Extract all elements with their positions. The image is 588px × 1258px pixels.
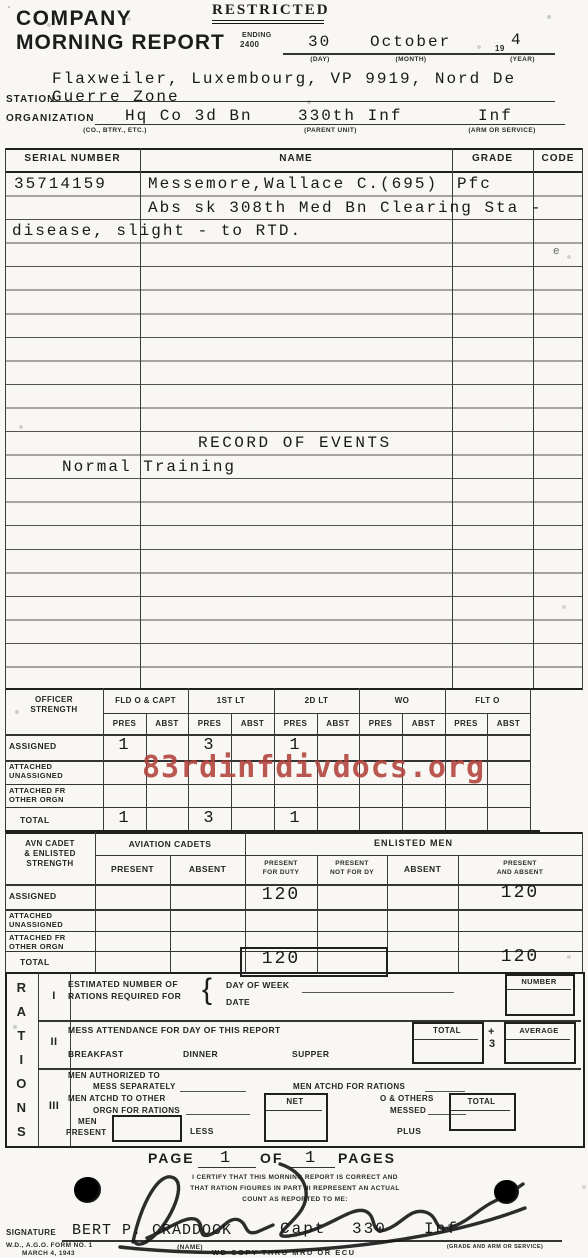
entries-col-serial-header: SERIAL NUMBER bbox=[5, 153, 140, 164]
morning-report-scan: RESTRICTED COMPANY MORNING REPORT ENDING… bbox=[0, 0, 588, 1258]
number-box-label: NUMBER bbox=[505, 977, 573, 986]
enlisted-row-att-unasgd-label2: UNASSIGNED bbox=[9, 920, 63, 929]
enlisted-group-rule bbox=[95, 855, 583, 856]
officer-abst-header-1: ABST bbox=[146, 719, 188, 728]
entries-col-grade-header: GRADE bbox=[452, 153, 533, 164]
enlisted-total-pa-value: 120 bbox=[458, 947, 582, 967]
officer-total-1stlt-pres: 3 bbox=[188, 809, 231, 828]
present-not-for-duty-header-2: NOT FOR DY bbox=[317, 869, 387, 876]
rations1-estimated-label: ESTIMATED NUMBER OF bbox=[68, 979, 178, 989]
rations-numeral-1: I bbox=[38, 990, 70, 1002]
enlisted-assigned-pfd-value: 120 bbox=[245, 885, 317, 905]
entry-remark-line2: disease, slight - to RTD. bbox=[12, 222, 302, 240]
rations1-required-label: RATIONS REQUIRED FOR bbox=[68, 991, 181, 1001]
ending-2400-label: 2400 bbox=[240, 40, 259, 49]
entries-col-name-header: NAME bbox=[140, 153, 452, 164]
officer-right-border bbox=[530, 688, 531, 830]
enlisted-row-att-fr-label2: OTHER ORGN bbox=[9, 942, 64, 951]
entries-left-border bbox=[5, 148, 6, 690]
scan-noise bbox=[8, 6, 10, 8]
officer-row-att-fr-label2: OTHER ORGN bbox=[9, 795, 64, 804]
rations3-plus-label: PLUS bbox=[397, 1126, 421, 1136]
enlisted-assigned-pa-value: 120 bbox=[458, 883, 582, 903]
form-id-label: W.D., A.G.O. FORM NO. 1 bbox=[6, 1242, 93, 1249]
parent-unit-sublabel: (PARENT UNIT) bbox=[283, 127, 378, 134]
entries-row-rules bbox=[5, 173, 583, 690]
rations3-o-others-label: O & OTHERS bbox=[380, 1094, 434, 1103]
enlisted-label-col-divider bbox=[95, 832, 96, 972]
officer-abst-header-4: ABST bbox=[402, 719, 445, 728]
rations-letter-n: N bbox=[5, 1100, 38, 1115]
rations3-present-label: PRESENT bbox=[66, 1128, 107, 1137]
present-and-absent-header-1: PRESENT bbox=[458, 860, 582, 867]
officer-pres-header-4: PRES bbox=[359, 719, 402, 728]
officer-group-fldo-capt: FLD O & CAPT bbox=[103, 696, 188, 705]
present-not-for-duty-header-1: PRESENT bbox=[317, 860, 387, 867]
rations3-less-label: LESS bbox=[190, 1126, 214, 1136]
officer-abst-header-5: ABST bbox=[487, 719, 530, 728]
divide-by-three: 3 bbox=[489, 1038, 496, 1050]
rations3-authorized-label: MEN AUTHORIZED TO bbox=[68, 1071, 160, 1080]
entry-serial-number: 35714159 bbox=[14, 175, 107, 193]
net-box-split-line bbox=[266, 1110, 322, 1111]
enlisted-table-top-rule bbox=[5, 832, 583, 834]
rations-letter-i: I bbox=[5, 1052, 38, 1067]
enlisted-row-assigned-label: ASSIGNED bbox=[9, 891, 57, 901]
average-box-split-line bbox=[506, 1039, 570, 1040]
officer-abst-header-3: ABST bbox=[317, 719, 359, 728]
cadets-absent-header: ABSENT bbox=[170, 864, 245, 874]
mess-total-box-split-line bbox=[414, 1039, 478, 1040]
stray-mark: e bbox=[553, 246, 562, 258]
officer-table-top-rule bbox=[5, 688, 540, 690]
number-box-split-line bbox=[507, 989, 571, 990]
rations-row1-rule bbox=[38, 1020, 581, 1022]
officer-pres-header-5: PRES bbox=[445, 719, 487, 728]
divide-plus-sign: + bbox=[488, 1026, 495, 1038]
rations-letter-s: S bbox=[5, 1124, 38, 1139]
enlisted-right-border bbox=[582, 832, 583, 972]
entries-table-top-rule bbox=[5, 148, 583, 150]
rations3-atchd-for-rations-line bbox=[425, 1091, 465, 1092]
form-title-line2: MORNING REPORT bbox=[16, 31, 225, 55]
station-value-line1: Flaxweiler, Luxembourg, VP 9919, Nord De bbox=[52, 70, 516, 88]
rations-numeral-3: III bbox=[38, 1100, 70, 1112]
organization-unit-value: Hq Co 3d Bn bbox=[125, 107, 253, 125]
form-title-line1: COMPANY bbox=[16, 7, 132, 31]
rations3-mess-separately-line bbox=[180, 1091, 246, 1092]
punch-hole-right bbox=[494, 1180, 519, 1204]
enlisted-absent-header: ABSENT bbox=[387, 864, 458, 874]
enlisted-men-group-header: ENLISTED MEN bbox=[245, 838, 582, 848]
enlisted-title-line3: STRENGTH bbox=[5, 859, 95, 868]
officer-pres-header-3: PRES bbox=[274, 719, 317, 728]
rations1-brace: { bbox=[202, 972, 212, 1008]
rations2-supper-label: SUPPER bbox=[292, 1049, 329, 1059]
present-for-duty-header-1: PRESENT bbox=[245, 860, 317, 867]
rations1-day-of-week-label: DAY OF WEEK bbox=[226, 980, 289, 990]
officer-group-flt-o: FLT O bbox=[445, 696, 530, 705]
officer-sub-divider-5 bbox=[487, 713, 488, 830]
signature-label: SIGNATURE bbox=[6, 1228, 56, 1237]
year-prefix: 19 bbox=[495, 44, 505, 53]
cadets-present-header: PRESENT bbox=[95, 864, 170, 874]
organization-label: ORGANIZATION bbox=[6, 113, 94, 124]
officer-pres-header-1: PRES bbox=[103, 719, 146, 728]
enlisted-row-att-fr-label1: ATTACHED FR bbox=[9, 933, 66, 942]
net-box-label: NET bbox=[264, 1097, 326, 1106]
officer-header-bottom-rule bbox=[5, 734, 530, 736]
arm-service-sublabel: (ARM OR SERVICE) bbox=[452, 127, 552, 134]
rations3-atchd-other-label: MEN ATCHD TO OTHER bbox=[68, 1094, 166, 1103]
officer-group-2d-lt: 2D LT bbox=[274, 696, 359, 705]
date-month-value: October bbox=[370, 33, 451, 51]
entry-grade: Pfc bbox=[457, 175, 492, 193]
rations3-messed-label: MESSED bbox=[390, 1106, 426, 1115]
ending-label: ENDING bbox=[242, 32, 272, 39]
enlisted-row-total-label: TOTAL bbox=[20, 957, 50, 967]
officer-abst-header-2: ABST bbox=[231, 719, 274, 728]
rations2-heading: MESS ATTENDANCE FOR DAY OF THIS REPORT bbox=[68, 1025, 281, 1035]
enlisted-title-line1: AVN CADET bbox=[5, 839, 95, 848]
officer-strength-title-line2: STRENGTH bbox=[5, 705, 103, 714]
form-date-label: MARCH 4, 1943 bbox=[22, 1250, 75, 1257]
unit-sublabel: (CO., BTRY., ETC.) bbox=[55, 127, 175, 134]
organization-parent-value: 330th Inf bbox=[298, 107, 402, 125]
officer-total-2dlt-pres: 1 bbox=[274, 809, 317, 828]
rations2-dinner-label: DINNER bbox=[183, 1049, 218, 1059]
mess-total-box-label: TOTAL bbox=[412, 1026, 482, 1035]
record-of-events-entry: Normal Training bbox=[62, 458, 236, 476]
rations-letter-o: O bbox=[5, 1076, 38, 1091]
year-sublabel: (YEAR) bbox=[500, 56, 545, 63]
watermark: 83rdinfdivdocs.org bbox=[142, 750, 485, 785]
enlisted-title-line2: & ENLISTED bbox=[5, 849, 95, 858]
entries-right-border bbox=[582, 148, 583, 690]
rations1-day-of-week-line bbox=[302, 992, 454, 993]
enlisted-row-rule-1 bbox=[5, 909, 583, 911]
officer-assigned-fldo-pres: 1 bbox=[103, 736, 146, 755]
date-underline bbox=[283, 53, 555, 55]
enlisted-row-rule-2 bbox=[5, 931, 583, 932]
month-sublabel: (MONTH) bbox=[385, 56, 437, 63]
officer-row-total-label: TOTAL bbox=[20, 815, 50, 825]
station-value-line2: Guerre Zone bbox=[52, 88, 180, 106]
entries-col-divider-grade bbox=[452, 148, 453, 690]
average-box-label: AVERAGE bbox=[504, 1026, 574, 1035]
date-day-value: 30 bbox=[308, 33, 331, 51]
rations3-men-label: MEN bbox=[78, 1117, 97, 1126]
enlisted-row-att-unasgd-label1: ATTACHED bbox=[9, 911, 52, 920]
entry-name: Messemore,Wallace C.(695) bbox=[148, 175, 438, 193]
day-sublabel: (DAY) bbox=[300, 56, 340, 63]
present-for-duty-header-2: FOR DUTY bbox=[245, 869, 317, 876]
rations2-breakfast-label: BREAKFAST bbox=[68, 1049, 124, 1059]
entry-remark-line1: Abs sk 308th Med Bn Clearing Sta - bbox=[148, 199, 542, 217]
rations3-atchd-for-rations-label: MEN ATCHD FOR RATIONS bbox=[293, 1082, 405, 1091]
rations-letter-a: A bbox=[5, 1004, 38, 1019]
organization-arm-value: Inf bbox=[478, 107, 513, 125]
punch-hole-left bbox=[74, 1177, 101, 1203]
rations1-date-label: DATE bbox=[226, 997, 250, 1007]
officer-row-att-fr-label1: ATTACHED FR bbox=[9, 786, 66, 795]
officer-total-fldo-pres: 1 bbox=[103, 809, 146, 828]
aviation-cadets-group-header: AVIATION CADETS bbox=[95, 839, 245, 849]
rations-total-box-split-line bbox=[451, 1110, 510, 1111]
officer-group-1st-lt: 1ST LT bbox=[188, 696, 274, 705]
organization-underline bbox=[95, 124, 565, 125]
officer-row-rule-3 bbox=[5, 807, 530, 808]
rations-letter-r: R bbox=[5, 980, 38, 995]
officer-pres-header-2: PRES bbox=[188, 719, 231, 728]
date-year-value: 4 bbox=[511, 31, 523, 49]
handwritten-signature bbox=[95, 1148, 565, 1258]
enlisted-total-pfd-value: 120 bbox=[245, 949, 317, 969]
officer-group-wo: WO bbox=[359, 696, 445, 705]
rations3-orgn-for-rations-label: ORGN FOR RATIONS bbox=[93, 1106, 180, 1115]
officer-row-assigned-label: ASSIGNED bbox=[9, 741, 57, 751]
rations-numeral-2: II bbox=[38, 1036, 70, 1048]
officer-row-att-unasgd-label2: UNASSIGNED bbox=[9, 771, 63, 780]
rations-row2-rule bbox=[38, 1068, 581, 1070]
entries-col-divider-code bbox=[533, 148, 534, 690]
record-of-events-title: RECORD OF EVENTS bbox=[198, 434, 392, 452]
entries-col-code-header: CODE bbox=[533, 153, 583, 164]
officer-strength-title-line1: OFFICER bbox=[5, 695, 103, 704]
rations-letter-t: T bbox=[5, 1028, 38, 1043]
present-and-absent-header-2: AND ABSENT bbox=[458, 869, 582, 876]
officer-row-att-unasgd-label1: ATTACHED bbox=[9, 762, 52, 771]
rations3-mess-separately-label: MESS SEPARATELY bbox=[93, 1082, 176, 1091]
men-present-box bbox=[112, 1115, 182, 1142]
classification-stamp: RESTRICTED bbox=[212, 2, 324, 24]
station-label: STATION bbox=[6, 94, 55, 105]
rations3-orgn-for-rations-line bbox=[186, 1114, 250, 1115]
rations-total-box-label: TOTAL bbox=[449, 1097, 514, 1106]
